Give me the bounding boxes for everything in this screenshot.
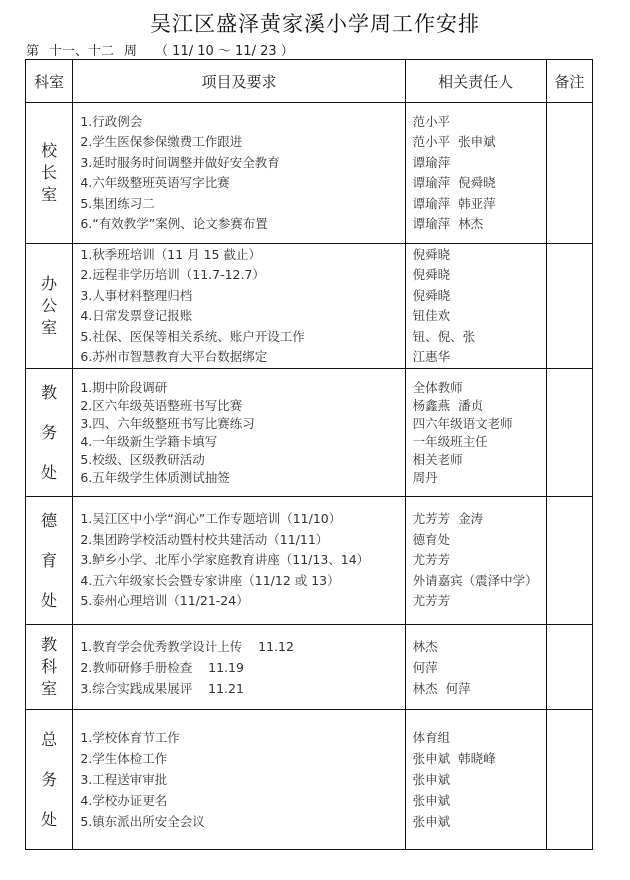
task-item: 5.泰州心理培训（11/21-24） xyxy=(80,591,397,612)
task-item: 2.区六年级英语整班书写比赛 xyxy=(80,397,397,415)
department-cell: 办公室 xyxy=(26,244,73,369)
notes-cell xyxy=(546,369,592,497)
responsible-person: 德育处 xyxy=(413,530,539,551)
responsible-person: 钮佳欢 xyxy=(413,306,539,327)
responsible-person: 谭瑜萍 林杰 xyxy=(413,214,539,235)
department-cell: 校长室 xyxy=(26,103,73,244)
header-items: 项目及要求 xyxy=(73,60,405,103)
header-owners: 相关责任人 xyxy=(405,60,546,103)
responsible-person: 倪舜晓 xyxy=(413,245,539,266)
document-title: 吴江区盛泽黄家溪小学周工作安排 xyxy=(0,8,630,38)
task-item: 1.学校体育节工作 xyxy=(80,727,397,748)
schedule-table: 科室 项目及要求 相关责任人 备注 校长室1.行政例会2.学生医保参保缴费工作跟… xyxy=(25,59,593,850)
responsible-person: 江惠华 xyxy=(413,347,539,368)
task-item: 6.苏州市智慧教育大平台数据绑定 xyxy=(80,347,397,368)
responsible-person: 外请嘉宾（震泽中学） xyxy=(413,571,539,592)
owners-cell: 林杰何萍林杰 何萍 xyxy=(405,625,546,710)
responsible-person: 全体教师 xyxy=(413,379,539,397)
department-char: 室 xyxy=(26,184,72,206)
department-cell: 德育处 xyxy=(26,497,73,625)
department-char: 总 xyxy=(26,729,72,751)
responsible-person: 钮、倪、张 xyxy=(413,327,539,348)
owners-cell: 体育组张申斌 韩晓峰张申斌张申斌张申斌 xyxy=(405,710,546,850)
task-item: 1.行政例会 xyxy=(80,112,397,133)
task-item: 5.镇东派出所安全会议 xyxy=(80,811,397,832)
task-item: 1.教育学会优秀教学设计上传 11.12 xyxy=(80,636,397,657)
responsible-person: 范小平 xyxy=(413,112,539,133)
task-item: 2.教师研修手册检查 11.19 xyxy=(80,657,397,678)
task-item: 2.远程非学历培训（11.7-12.7） xyxy=(80,265,397,286)
week-suffix: 周 xyxy=(124,44,137,59)
owners-cell: 尤芳芳 金涛德育处尤芳芳外请嘉宾（震泽中学）尤芳芳 xyxy=(405,497,546,625)
responsible-person: 尤芳芳 xyxy=(413,550,539,571)
week-prefix: 第 xyxy=(26,44,39,59)
responsible-person: 相关老师 xyxy=(413,451,539,469)
items-cell: 1.行政例会2.学生医保参保缴费工作跟进3.延时服务时间调整并做好安全教育4.六… xyxy=(73,103,405,244)
department-char: 德 xyxy=(26,510,72,532)
task-item: 4.六年级整班英语写字比赛 xyxy=(80,173,397,194)
responsible-person: 张申斌 xyxy=(413,811,539,832)
header-row: 科室 项目及要求 相关责任人 备注 xyxy=(26,60,593,103)
department-char: 公 xyxy=(26,295,72,317)
date-range: （ 11/ 10 ～ 11/ 23 ） xyxy=(155,44,294,59)
notes-cell xyxy=(546,497,592,625)
department-char: 室 xyxy=(26,678,72,700)
responsible-person: 林杰 何萍 xyxy=(413,678,539,699)
department-char: 校 xyxy=(26,140,72,162)
header-notes: 备注 xyxy=(546,60,592,103)
department-char: 教 xyxy=(26,634,72,656)
notes-cell xyxy=(546,103,592,244)
items-cell: 1.教育学会优秀教学设计上传 11.122.教师研修手册检查 11.193.综合… xyxy=(73,625,405,710)
task-item: 3.工程送审审批 xyxy=(80,769,397,790)
items-cell: 1.学校体育节工作2.学生体检工作3.工程送审审批4.学校办证更名5.镇东派出所… xyxy=(73,710,405,850)
responsible-person: 倪舜晓 xyxy=(413,265,539,286)
department-cell: 教务处 xyxy=(26,369,73,497)
responsible-person: 何萍 xyxy=(413,657,539,678)
responsible-person: 尤芳芳 金涛 xyxy=(413,509,539,530)
owners-cell: 倪舜晓倪舜晓倪舜晓钮佳欢钮、倪、张江惠华 xyxy=(405,244,546,369)
responsible-person: 林杰 xyxy=(413,636,539,657)
department-char: 室 xyxy=(26,317,72,339)
table-row: 教务处1.期中阶段调研2.区六年级英语整班书写比赛3.四、六年级整班书写比赛练习… xyxy=(26,369,593,497)
week-numbers: 十一、十二 xyxy=(39,44,124,60)
task-item: 3.鲈乡小学、北厍小学家庭教育讲座（11/13、14） xyxy=(80,550,397,571)
items-cell: 1.吴江区中小学“润心”工作专题培训（11/10）2.集团跨学校活动暨村校共建活… xyxy=(73,497,405,625)
task-item: 3.延时服务时间调整并做好安全教育 xyxy=(80,153,397,174)
responsible-person: 范小平 张申斌 xyxy=(413,132,539,153)
task-item: 4.日常发票登记报账 xyxy=(80,306,397,327)
header-department: 科室 xyxy=(26,60,73,103)
notes-cell xyxy=(546,710,592,850)
department-char: 处 xyxy=(26,809,72,831)
department-char: 教 xyxy=(26,382,72,404)
responsible-person: 一年级班主任 xyxy=(413,433,539,451)
table-row: 办公室1.秋季班培训（11 月 15 截止）2.远程非学历培训（11.7-12.… xyxy=(26,244,593,369)
task-item: 1.期中阶段调研 xyxy=(80,379,397,397)
task-item: 1.秋季班培训（11 月 15 截止） xyxy=(80,245,397,266)
notes-cell xyxy=(546,625,592,710)
table-row: 校长室1.行政例会2.学生医保参保缴费工作跟进3.延时服务时间调整并做好安全教育… xyxy=(26,103,593,244)
responsible-person: 张申斌 xyxy=(413,769,539,790)
responsible-person: 体育组 xyxy=(413,727,539,748)
department-char: 长 xyxy=(26,162,72,184)
responsible-person: 张申斌 韩晓峰 xyxy=(413,748,539,769)
department-char: 处 xyxy=(26,590,72,612)
responsible-person: 谭瑜萍 倪舜晓 xyxy=(413,173,539,194)
department-cell: 总务处 xyxy=(26,710,73,850)
task-item: 5.社保、医保等相关系统、账户开设工作 xyxy=(80,327,397,348)
department-char: 办 xyxy=(26,273,72,295)
task-item: 3.综合实践成果展评 11.21 xyxy=(80,678,397,699)
task-item: 5.校级、区级教研活动 xyxy=(80,451,397,469)
task-item: 2.集团跨学校活动暨村校共建活动（11/11） xyxy=(80,530,397,551)
department-cell: 教科室 xyxy=(26,625,73,710)
responsible-person: 张申斌 xyxy=(413,790,539,811)
task-item: 2.学生体检工作 xyxy=(80,748,397,769)
responsible-person: 倪舜晓 xyxy=(413,286,539,307)
week-line: 第十一、十二周（ 11/ 10 ～ 11/ 23 ） xyxy=(26,40,294,60)
responsible-person: 杨鑫燕 潘贞 xyxy=(413,397,539,415)
responsible-person: 谭瑜萍 xyxy=(413,153,539,174)
table-row: 教科室1.教育学会优秀教学设计上传 11.122.教师研修手册检查 11.193… xyxy=(26,625,593,710)
department-char: 育 xyxy=(26,550,72,572)
task-item: 4.学校办证更名 xyxy=(80,790,397,811)
task-item: 6.“有效教学”案例、论文参赛布置 xyxy=(80,214,397,235)
table-row: 总务处1.学校体育节工作2.学生体检工作3.工程送审审批4.学校办证更名5.镇东… xyxy=(26,710,593,850)
owners-cell: 全体教师杨鑫燕 潘贞四六年级语文老师一年级班主任相关老师周丹 xyxy=(405,369,546,497)
task-item: 3.四、六年级整班书写比赛练习 xyxy=(80,415,397,433)
responsible-person: 谭瑜萍 韩亚萍 xyxy=(413,194,539,215)
task-item: 1.吴江区中小学“润心”工作专题培训（11/10） xyxy=(80,509,397,530)
task-item: 5.集团练习二 xyxy=(80,194,397,215)
task-item: 3.人事材料整理归档 xyxy=(80,286,397,307)
responsible-person: 尤芳芳 xyxy=(413,591,539,612)
department-char: 处 xyxy=(26,462,72,484)
task-item: 6.五年级学生体质测试抽签 xyxy=(80,469,397,487)
task-item: 4.五六年级家长会暨专家讲座（11/12 或 13） xyxy=(80,571,397,592)
responsible-person: 周丹 xyxy=(413,469,539,487)
task-item: 4.一年级新生学籍卡填写 xyxy=(80,433,397,451)
items-cell: 1.秋季班培训（11 月 15 截止）2.远程非学历培训（11.7-12.7）3… xyxy=(73,244,405,369)
responsible-person: 四六年级语文老师 xyxy=(413,415,539,433)
owners-cell: 范小平范小平 张申斌谭瑜萍谭瑜萍 倪舜晓谭瑜萍 韩亚萍谭瑜萍 林杰 xyxy=(405,103,546,244)
items-cell: 1.期中阶段调研2.区六年级英语整班书写比赛3.四、六年级整班书写比赛练习4.一… xyxy=(73,369,405,497)
table-row: 德育处1.吴江区中小学“润心”工作专题培训（11/10）2.集团跨学校活动暨村校… xyxy=(26,497,593,625)
task-item: 2.学生医保参保缴费工作跟进 xyxy=(80,132,397,153)
department-char: 务 xyxy=(26,769,72,791)
department-char: 务 xyxy=(26,422,72,444)
notes-cell xyxy=(546,244,592,369)
department-char: 科 xyxy=(26,656,72,678)
